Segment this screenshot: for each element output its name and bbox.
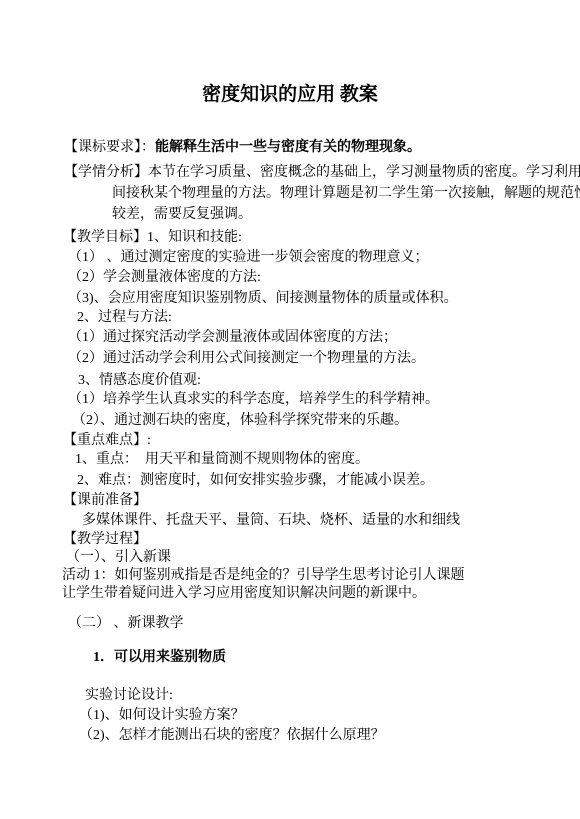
line-experiment-q1: （1)、如何设计实验方案？: [79, 706, 245, 726]
line-experiment-q2: （2)、怎样才能测出石块的密度？依据什么原理？: [79, 726, 385, 746]
line-key-difficulties: 【重点难点】:: [63, 431, 151, 451]
line-experiment-q2-seg-0: （2)、怎样才能测出石块的密度？依据什么原理？: [79, 728, 385, 743]
line-difficult-point-seg-0: 2、难点：测密度时，如何安排实验步骤，才能减小误差。: [77, 473, 434, 488]
line-emotion-values-1: （1）培养学生认真求实的科学态度，培养学生的科学精神。: [68, 390, 439, 410]
line-process-method-seg-0: 2、过程与方法:: [77, 310, 172, 325]
line-emotion-values-seg-0: 3、情感态度价值观:: [78, 373, 201, 388]
line-teaching-process-seg-0: 【教学过程】: [63, 532, 147, 547]
line-preparation-seg-0: 【课前准备】: [63, 493, 147, 508]
line-experiment-discussion: 实验讨论设计:: [85, 686, 173, 706]
line-learning-analysis-2: 间接秋某个物理量的方法。物理计算题是初二学生第一次接触，解题的规范性: [112, 184, 580, 204]
line-activity-1: 活动 1：如何鉴别戒指是否是纯金的？引导学生思考讨论引人课题: [62, 566, 465, 586]
doc-title: 密度知识的应用 教案: [0, 85, 580, 105]
line-learning-analysis-3: 较差，需要反复强调。: [112, 205, 252, 225]
line-learning-analysis-2-seg-0: 间接秋某个物理量的方法。物理计算题是初二学生第一次接触，解题的规范性: [112, 186, 580, 201]
line-teaching-goals: 【教学目标】1、知识和技能:: [63, 228, 242, 248]
line-difficult-point: 2、难点：测密度时，如何安排实验步骤，才能减小误差。: [77, 471, 434, 491]
line-knowledge-skill-3: （3)、会应用密度知识鉴别物质、间接测量物体的质量或体积。: [68, 289, 458, 309]
line-section-1-title-seg-0: 1．可以用来鉴别物质: [93, 650, 226, 665]
line-process-method-2-seg-0: （2）通过活动学会利用公式间接测定一个物理量的方法。: [68, 351, 425, 366]
line-section-1-title: 1．可以用来鉴别物质: [93, 648, 226, 668]
line-knowledge-skill-2-seg-0: （2）学会测量液体密度的方法:: [68, 270, 261, 285]
line-preparation-items: 多媒体课件、托盘天平、量筒、石块、烧杯、适量的水和细线: [82, 511, 460, 531]
line-curriculum-requirements: 【课标要求】：能解释生活中一些与密度有关的物理现象。: [64, 138, 421, 158]
line-process-method-2: （2）通过活动学会利用公式间接测定一个物理量的方法。: [68, 349, 425, 369]
doc-title-seg-0: 密度知识的应用 教案: [202, 84, 378, 105]
line-emotion-values: 3、情感态度价值观:: [78, 371, 201, 391]
line-curriculum-requirements-seg-0: 【课标要求】：: [64, 140, 155, 155]
line-intro-new-lesson-seg-0: （一）、引入新课: [66, 550, 171, 565]
line-emotion-values-1-seg-0: （1）培养学生认真求实的科学态度，培养学生的科学精神。: [68, 392, 439, 407]
line-process-method: 2、过程与方法:: [77, 308, 172, 328]
line-learning-analysis-3-seg-0: 较差，需要反复强调。: [112, 207, 252, 222]
document-page: 密度知识的应用 教案【课标要求】：能解释生活中一些与密度有关的物理现象。【学情分…: [0, 0, 580, 819]
line-key-difficulties-seg-0: 【重点难点】:: [63, 433, 151, 448]
line-intro-new-lesson: （一）、引入新课: [66, 548, 171, 568]
line-experiment-discussion-seg-0: 实验讨论设计:: [85, 688, 173, 703]
line-new-lesson-teaching-seg-0: （二） 、新课教学: [68, 616, 184, 631]
line-learning-analysis-1-seg-0: 【学情分析】本节在学习质量、密度概念的基础上，学习测量物质的密度。学习利用公式: [64, 165, 580, 180]
line-experiment-q1-seg-0: （1)、如何设计实验方案？: [79, 708, 245, 723]
line-emotion-values-2: （2）、通过测石块的密度，体验科学探究带来的乐趣。: [72, 411, 408, 431]
line-curriculum-requirements-seg-1: 能解释生活中一些与密度有关的物理现象。: [155, 140, 421, 155]
line-knowledge-skill-1: （1） 、通过测定密度的实验进一步领会密度的物理意义；: [68, 248, 429, 268]
line-emotion-values-2-seg-0: （2）、通过测石块的密度，体验科学探究带来的乐趣。: [72, 413, 408, 428]
line-activity-1-cont-seg-0: 让学生带着疑问进入学习应用密度知识解决问题的新课中。: [62, 586, 426, 601]
line-preparation-items-seg-0: 多媒体课件、托盘天平、量筒、石块、烧杯、适量的水和细线: [82, 513, 460, 528]
line-teaching-process: 【教学过程】: [63, 530, 147, 550]
line-activity-1-cont: 让学生带着疑问进入学习应用密度知识解决问题的新课中。: [62, 584, 426, 604]
line-teaching-goals-seg-0: 【教学目标】1、知识和技能:: [63, 230, 242, 245]
line-knowledge-skill-1-seg-0: （1） 、通过测定密度的实验进一步领会密度的物理意义；: [68, 250, 429, 265]
line-key-point: 1、重点： 用天平和量筒测不规则物体的密度。: [75, 450, 369, 470]
line-learning-analysis-1: 【学情分析】本节在学习质量、密度概念的基础上，学习测量物质的密度。学习利用公式: [64, 163, 580, 183]
line-activity-1-seg-0: 活动 1：如何鉴别戒指是否是纯金的？引导学生思考讨论引人课题: [62, 568, 465, 583]
line-key-point-seg-0: 1、重点： 用天平和量筒测不规则物体的密度。: [75, 452, 369, 467]
line-preparation: 【课前准备】: [63, 491, 147, 511]
line-knowledge-skill-2: （2）学会测量液体密度的方法:: [68, 268, 261, 288]
line-new-lesson-teaching: （二） 、新课教学: [68, 614, 184, 634]
line-process-method-1-seg-0: （1）通过探究活动学会测量液体或固体密度的方法；: [68, 330, 397, 345]
line-process-method-1: （1）通过探究活动学会测量液体或固体密度的方法；: [68, 328, 397, 348]
line-knowledge-skill-3-seg-0: （3)、会应用密度知识鉴别物质、间接测量物体的质量或体积。: [68, 291, 458, 306]
